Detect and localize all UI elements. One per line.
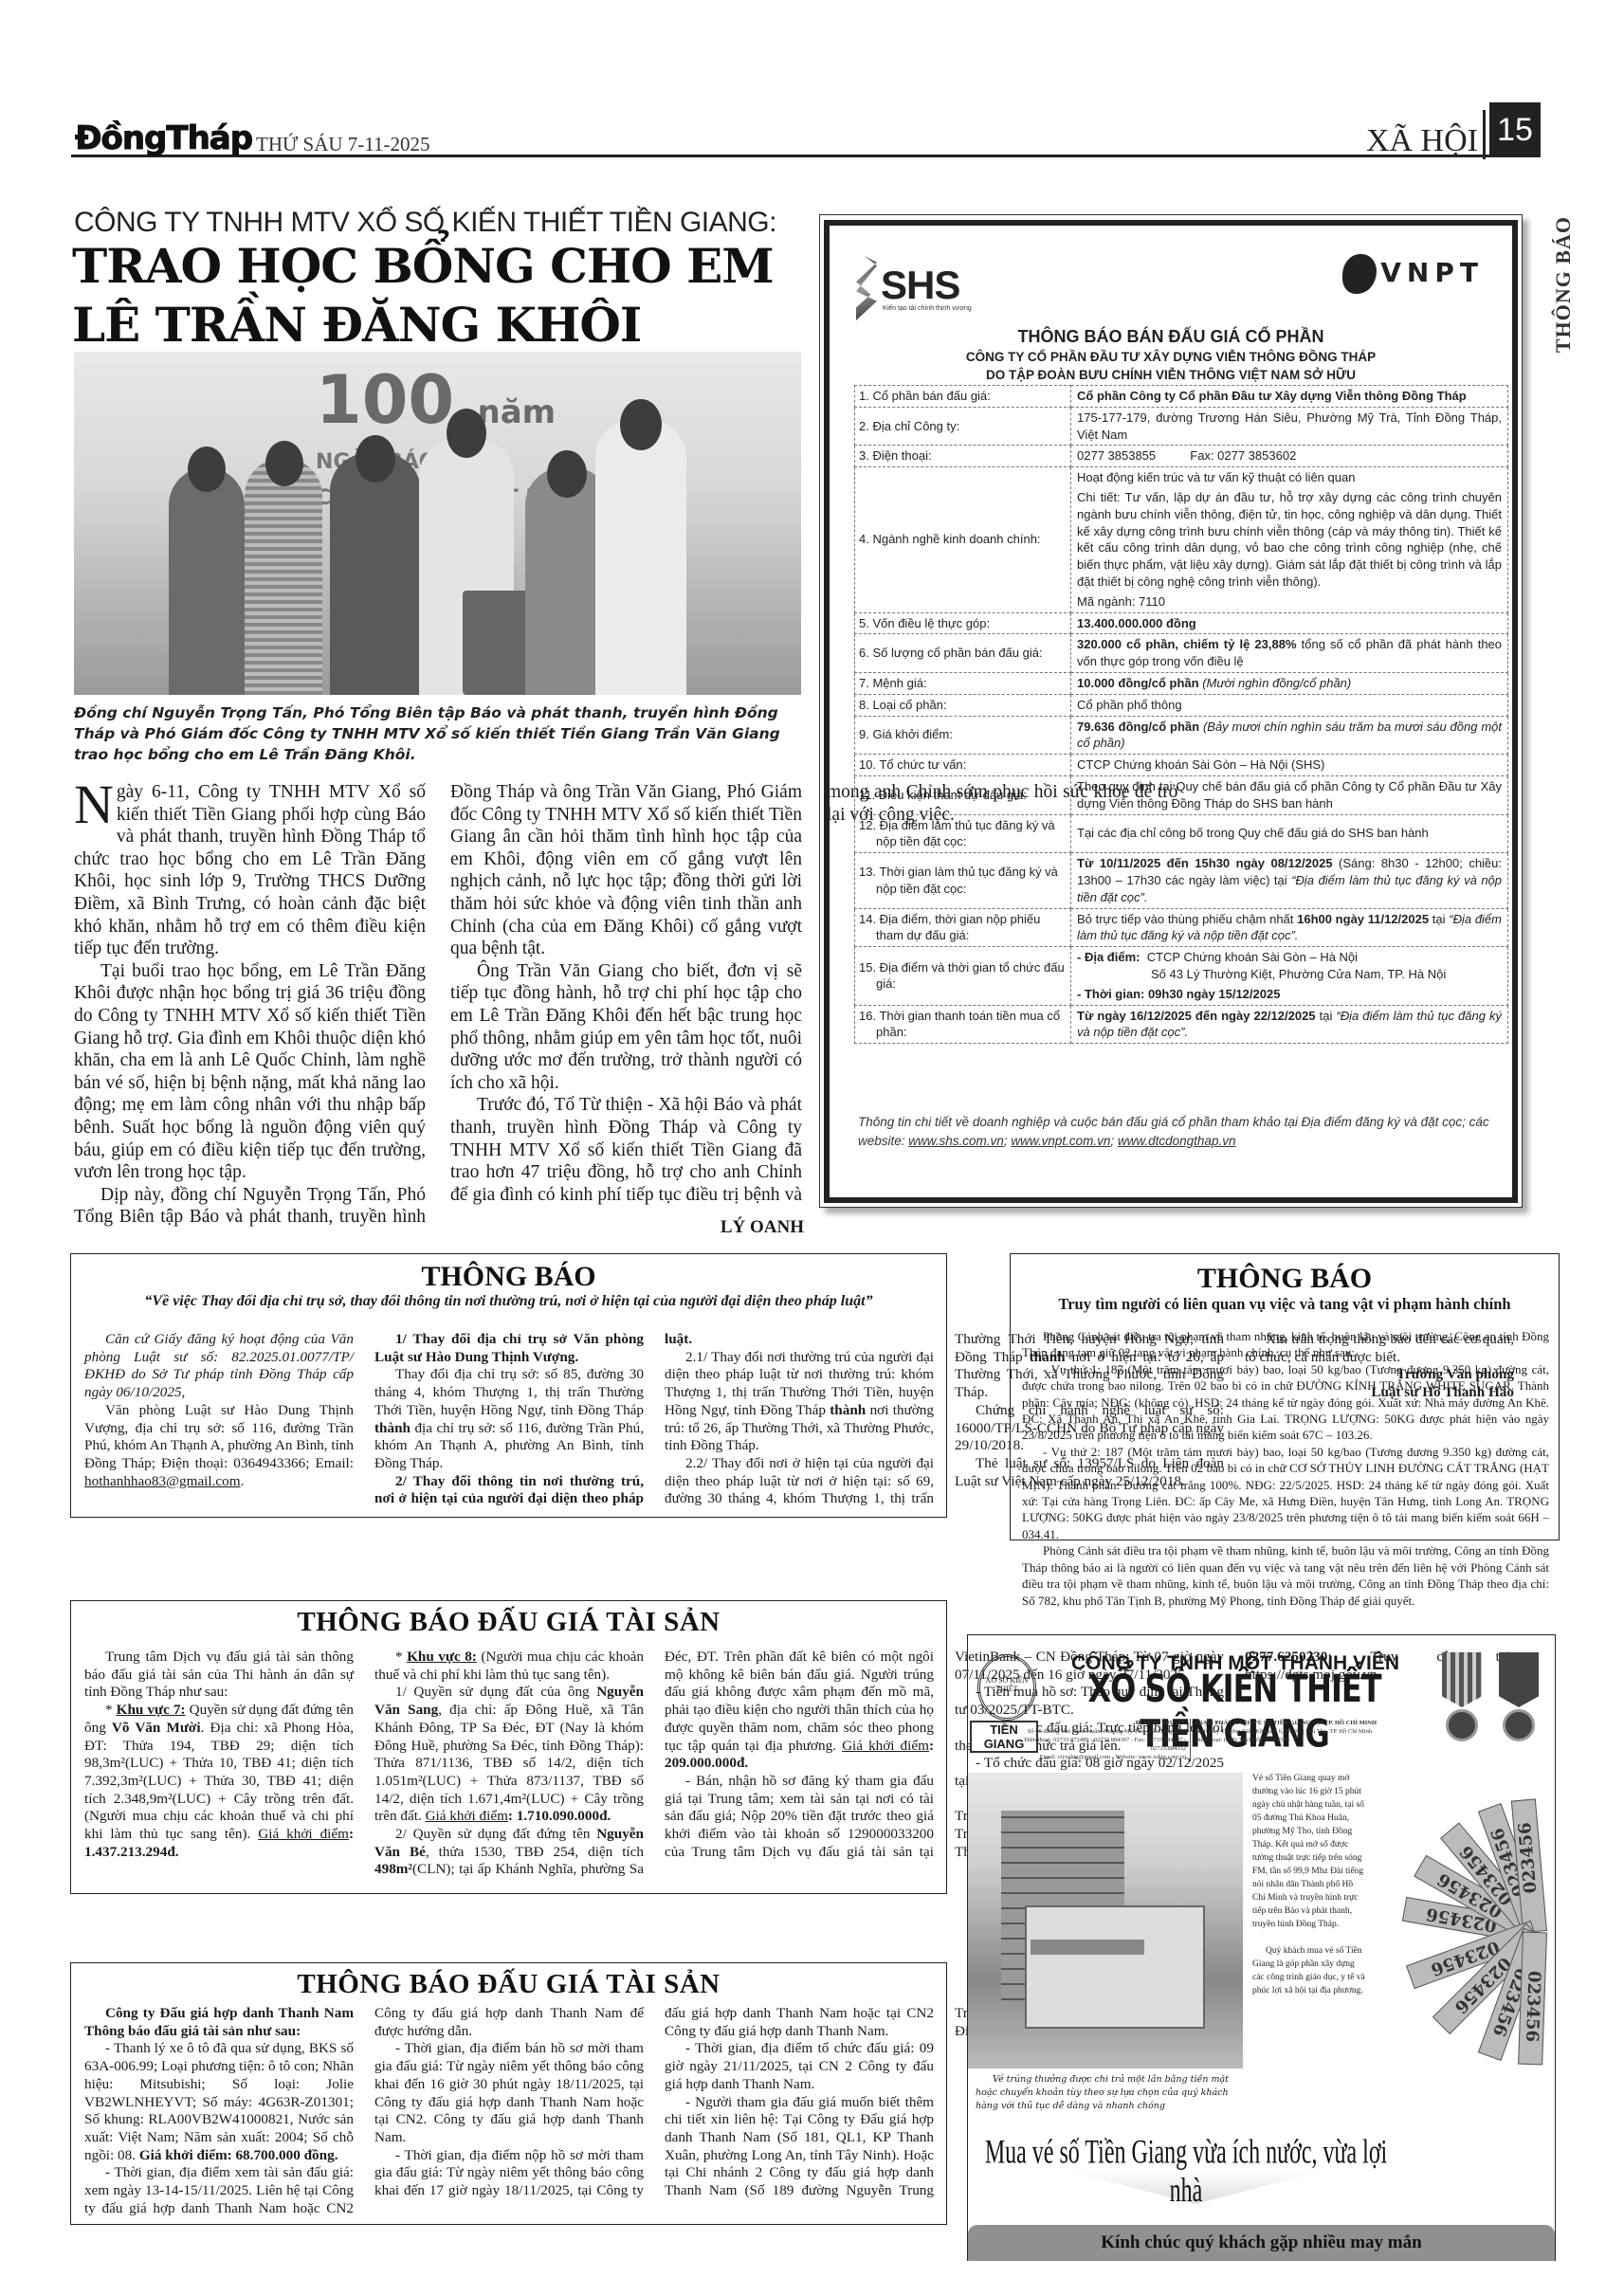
paragraph-text: . Địa chỉ: xã Phong Hòa, ĐT: Thửa 194, T… bbox=[84, 1720, 354, 1842]
paragraph-text: 1/ Quyền sử dụng đất của ông bbox=[395, 1684, 596, 1700]
table-row: 2. Địa chỉ Công ty:175-177-179, đường Tr… bbox=[855, 407, 1508, 446]
value-text: 13.400.000.000 đồng bbox=[1077, 616, 1196, 630]
notice-paragraph: * Khu vực 7: Quyền sử dụng đất đứng tên … bbox=[84, 1702, 354, 1861]
row-label: 12. Địa điểm làm thủ tục đăng ký và nộp … bbox=[855, 814, 1071, 853]
draw-text: Vé số Tiền Giang quay mở thưởng vào lúc … bbox=[1252, 1772, 1366, 1931]
person-head bbox=[356, 435, 395, 483]
shs-tagline: Kiến tạo tài chính thịnh vượng bbox=[883, 305, 972, 312]
place-line: - Địa điểm: CTCP Chứng khoán Sài Gòn – H… bbox=[1077, 949, 1502, 966]
article-headline: TRAO HỌC BỔNG CHO EM LÊ TRẦN ĐĂNG KHÔI bbox=[72, 237, 812, 355]
gift-bag bbox=[463, 591, 534, 695]
notice-paragraph: 1/ Quyền sử dụng đất của ông Nguyễn Văn … bbox=[374, 1684, 644, 1826]
row-value: Tại các địa chỉ công bố trong Quy chế đấ… bbox=[1071, 814, 1508, 853]
notice-paragraph: - Thanh lý xe ô tô đã qua sử dụng, BKS s… bbox=[84, 2040, 354, 2164]
price-label: Giá khởi điểm bbox=[842, 1738, 929, 1754]
lottery-ticket: 023456 bbox=[1518, 1932, 1547, 2066]
table-row: 1. Cổ phần bán đấu giá:Cổ phần Công ty C… bbox=[855, 386, 1508, 408]
lottery-tickets-fan: 023456 023456 023456 023456 023456 02345… bbox=[1364, 1768, 1554, 2033]
shs-logo-text: SHS bbox=[881, 263, 959, 307]
value-text: Bỏ trực tiếp vào thùng phiếu chậm nhất bbox=[1077, 912, 1297, 926]
branch-label: TRẠM PHÁT HÀNH VÉ SỐ TIỀN GIANG TẠI TP. … bbox=[1195, 1720, 1377, 1726]
lottery-seal-icon: XỔ SỐ KIẾN THIẾT bbox=[977, 1654, 1036, 1721]
table-row: 13. Thời gian làm thủ tục đăng ký và nộp… bbox=[855, 853, 1508, 908]
notice-paragraph: Phòng Cảnh sát điều tra tội phạm về tham… bbox=[1022, 1542, 1549, 1609]
table-row: 7. Mệnh giá:10.000 đồng/cổ phần (Mười ng… bbox=[855, 672, 1508, 694]
notice-title: THÔNG BÁO ĐẤU GIÁ TÀI SẢN bbox=[71, 1607, 946, 1637]
value-bold: 320.000 cổ phần, chiếm tỷ lệ 23,88% bbox=[1077, 637, 1297, 651]
article-kicker: CÔNG TY TNHH MTV XỔ SỐ KIẾN THIẾT TIỀN G… bbox=[74, 207, 813, 239]
row-label: 10. Tổ chức tư vấn: bbox=[855, 755, 1071, 776]
notice-title: THÔNG BÁO bbox=[1011, 1263, 1559, 1295]
headquarters-photo bbox=[968, 1773, 1243, 2068]
value-line: Chi tiết: Tư vấn, lập dự án đầu tư, hỗ t… bbox=[1077, 489, 1502, 591]
row-label: 16. Thời gian thanh toán tiền mua cổ phầ… bbox=[855, 1005, 1071, 1044]
article-paragraph: Ngày 6-11, Công ty TNHH MTV Xổ số kiến t… bbox=[74, 781, 426, 960]
price-label: Giá khởi điểm bbox=[426, 1808, 508, 1824]
notice-subtitle: “Về việc Thay đổi địa chỉ trụ sở, thay đ… bbox=[71, 1293, 946, 1310]
paragraph-text: Văn phòng Luật sư Hào Dung Thịnh Vượng, … bbox=[84, 1402, 354, 1471]
paragraph-text: gày 6-11, Công ty TNHH MTV Xổ số kiến th… bbox=[74, 782, 426, 958]
notice-subtitle: Truy tìm người có liên quan vụ việc và t… bbox=[1011, 1295, 1559, 1314]
table-row: 6. Số lượng cổ phần bán đấu giá:320.000 … bbox=[855, 634, 1508, 673]
article-paragraph: Ông Trần Văn Giang cho biết, đơn vị sẽ t… bbox=[450, 960, 802, 1095]
notice-paragraph: - Thời gian, địa điểm bán hồ sơ mời tham… bbox=[374, 2040, 644, 2146]
row-value: Từ 10/11/2025 đến 15h30 ngày 08/12/2025 … bbox=[1071, 853, 1508, 908]
contribute-text: Quý khách mua vé số Tiền Giang là góp ph… bbox=[1252, 1944, 1366, 1997]
issue-date: THỨ SÁU 7-11-2025 bbox=[256, 133, 430, 156]
row-label: 5. Vốn điều lệ thực góp: bbox=[855, 612, 1071, 634]
row-label: 3. Điện thoại: bbox=[855, 446, 1071, 467]
row-label: 1. Cổ phần bán đấu giá: bbox=[855, 386, 1071, 408]
asset-auction-notice-center: THÔNG BÁO ĐẤU GIÁ TÀI SẢN Trung tâm Dịch… bbox=[70, 1600, 947, 1894]
row-value: Theo quy định tại Quy chế bán đấu giá cổ… bbox=[1071, 775, 1508, 814]
notice-subtitle: CÔNG TY CỔ PHẦN ĐẦU TƯ XÂY DỰNG VIỄN THÔ… bbox=[830, 350, 1512, 364]
price-label: Giá khởi điểm bbox=[258, 1826, 349, 1842]
table-row: 15. Địa điểm và thời gian tổ chức đấu gi… bbox=[855, 947, 1508, 1005]
notice-paragraph: Thay đổi địa chỉ trụ sở: số 85, đường 30… bbox=[374, 1366, 644, 1472]
row-label: 11. Điều kiện tham dự đấu giá: bbox=[855, 775, 1071, 814]
row-value: 0277 3853855 Fax: 0277 3853602 bbox=[1071, 446, 1508, 467]
notice-title: THÔNG BÁO bbox=[71, 1261, 946, 1293]
headline-line: LÊ TRẦN ĐĂNG KHÔI bbox=[72, 296, 812, 355]
notice-subtitle: DO TẬP ĐOÀN BƯU CHÍNH VIỄN THÔNG VIỆT NA… bbox=[830, 368, 1512, 382]
row-value: Cổ phần phổ thông bbox=[1071, 694, 1508, 716]
newspaper-logo: ĐồngTháp bbox=[75, 119, 252, 157]
police-notice: THÔNG BÁO Truy tìm người có liên quan vụ… bbox=[1010, 1253, 1560, 1540]
notice-body: Phòng Cảnh sát điều tra tội phạm về tham… bbox=[1022, 1328, 1549, 1609]
notice-paragraph: - Vụ thứ 2: 187 (Một trăm tám mươi bảy) … bbox=[1022, 1444, 1549, 1542]
table-row: 11. Điều kiện tham dự đấu giá:Theo quy đ… bbox=[855, 775, 1508, 814]
banner-number: 100 bbox=[316, 361, 454, 439]
notice-paragraph: Văn phòng Luật sư Hào Dung Thịnh Vượng, … bbox=[84, 1402, 354, 1491]
notice-title: THÔNG BÁO BÁN ĐẤU GIÁ CỔ PHẦN bbox=[830, 327, 1512, 347]
row-label: 13. Thời gian làm thủ tục đăng ký và nộp… bbox=[855, 853, 1071, 908]
person-figure bbox=[245, 458, 322, 695]
vnpt-logo-icon bbox=[1342, 254, 1377, 294]
row-label: 2. Địa chỉ Công ty: bbox=[855, 407, 1071, 446]
notice-paragraph: Trung tâm Dịch vụ đấu giá tài sản thông … bbox=[84, 1649, 354, 1702]
medal-icon bbox=[1499, 1652, 1539, 1747]
lottery-advertisement: XỔ SỐ KIẾN THIẾT TIỀN GIANG CÔNG TY TNHH… bbox=[967, 1634, 1556, 2261]
row-value: - Địa điểm: CTCP Chứng khoán Sài Gòn – H… bbox=[1071, 947, 1508, 1005]
notice-paragraph: * Khu vực 8: (Người mua chịu các khoản t… bbox=[374, 1649, 644, 1684]
medal-icon bbox=[1442, 1652, 1482, 1747]
hq-phone: Điện thoại: 02733 872489 - 02733 884307 … bbox=[1006, 1736, 1186, 1753]
company-addresses: ĐỊA CHỈ TRỤ SỞ: Số 05 đường Thủ Khoa Huâ… bbox=[1006, 1719, 1423, 1761]
hq-address-block: ĐỊA CHỈ TRỤ SỞ: Số 05 đường Thủ Khoa Huâ… bbox=[1006, 1719, 1191, 1761]
side-label: THÔNG BÁO bbox=[1551, 216, 1576, 353]
branch-address: 319C1 Lý Thường Kiệt, Khu phố 6, Phường … bbox=[1195, 1727, 1409, 1736]
land-area: 498m² bbox=[374, 1861, 412, 1877]
place-address: Số 43 Lý Thường Kiệt, Phường Cửa Nam, TP… bbox=[1077, 966, 1502, 983]
row-label: 7. Mệnh giá: bbox=[855, 672, 1071, 694]
table-row: 3. Điện thoại:0277 3853855 Fax: 0277 385… bbox=[855, 446, 1508, 467]
notice-paragraph: - Vụ thứ 1: 187 (Một trăm tám mươi bảy) … bbox=[1022, 1361, 1549, 1444]
slogan: Mua vé số Tiền Giang vừa ích nước, vừa l… bbox=[977, 2135, 1395, 2212]
value-italic: (Mười nghìn đồng/cổ phần) bbox=[1199, 676, 1352, 690]
paragraph-text: , địa chỉ: ấp Đông Huề, xã Tân Khánh Đôn… bbox=[374, 1702, 644, 1824]
auction-details-table: 1. Cổ phần bán đấu giá:Cổ phần Công ty C… bbox=[854, 385, 1508, 1044]
row-label: 15. Địa điểm và thời gian tổ chức đấu gi… bbox=[855, 947, 1071, 1005]
photo-caption: Vé trúng thưởng được chi trả một lần bằn… bbox=[976, 2073, 1250, 2113]
person-head bbox=[188, 446, 226, 492]
value-bold: Từ 10/11/2025 đến 15h30 ngày 08/12/2025 bbox=[1077, 856, 1333, 870]
value-bold: 16h00 ngày 11/12/2025 bbox=[1297, 912, 1429, 926]
paragraph-text: địa chỉ trụ sở: số 116, đường Trần Phú, … bbox=[374, 1420, 644, 1471]
notice-body: Căn cứ Giấy đăng ký hoạt động của Văn ph… bbox=[84, 1331, 934, 1511]
table-row: 9. Giá khởi điểm:79.636 đồng/cổ phần (Bả… bbox=[855, 716, 1508, 755]
bold-word: thành bbox=[830, 1402, 866, 1418]
row-label: 6. Số lượng cổ phần bán đấu giá: bbox=[855, 634, 1071, 673]
notice-heading: 1/ Thay đổi địa chỉ trụ sở Văn phòng Luậ… bbox=[374, 1331, 644, 1365]
value-bold: 10.000 đồng/cổ phần bbox=[1077, 676, 1199, 690]
row-value: Bỏ trực tiếp vào thùng phiếu chậm nhất 1… bbox=[1071, 908, 1508, 947]
branch-phone: Điện thoại: (028) 38638653 38662579 bbox=[1195, 1736, 1409, 1744]
value-text: Cổ phần Công ty Cổ phần Đầu tư Xây dựng … bbox=[1077, 389, 1467, 403]
hq-label: ĐỊA CHỈ TRỤ SỞ: bbox=[1136, 1720, 1186, 1726]
notice-intro: Công ty Đấu giá hợp danh Thanh Nam Thông… bbox=[84, 2005, 354, 2039]
drop-cap: N bbox=[74, 783, 114, 827]
asset-auction-notice-thanhnam: THÔNG BÁO ĐẤU GIÁ TÀI SẢN Công ty Đấu gi… bbox=[70, 1962, 947, 2225]
notice-paragraph: Phòng Cảnh sát điều tra tội phạm về tham… bbox=[1022, 1328, 1549, 1361]
wish-banner: Kính chúc quý khách gặp nhiều may mắn bbox=[968, 2225, 1555, 2261]
website-link[interactable]: www.dtcdongthap.vn bbox=[1118, 1134, 1236, 1148]
notice-footer: Thông tin chi tiết về doanh nghiệp và cu… bbox=[858, 1113, 1503, 1151]
row-label: 4. Ngành nghề kinh doanh chính: bbox=[855, 467, 1071, 612]
starting-price: Giá khởi điểm: 68.700.000 đồng. bbox=[139, 2147, 338, 2163]
law-office-notice: THÔNG BÁO “Về việc Thay đổi địa chỉ trụ … bbox=[70, 1253, 947, 1518]
vnpt-logo: VNPT bbox=[1342, 254, 1484, 294]
notice-body: Công ty Đấu giá hợp danh Thanh Nam Thông… bbox=[84, 2005, 934, 2221]
person-head bbox=[620, 399, 662, 450]
paragraph-text: Thay đổi địa chỉ trụ sở: số 85, đường 30… bbox=[374, 1366, 644, 1417]
notice-paragraph: - Thời gian, địa điểm tổ chức đấu giá: 0… bbox=[665, 2040, 934, 2093]
article-paragraph: Tại buổi trao học bổng, em Lê Trần Đăng … bbox=[74, 960, 426, 1184]
row-label: 9. Giá khởi điểm: bbox=[855, 716, 1071, 755]
row-label: 14. Địa điểm, thời gian nộp phiếu tham d… bbox=[855, 908, 1071, 947]
value-text: tại bbox=[1429, 912, 1449, 926]
value-line: Mã ngành: 7110 bbox=[1077, 593, 1502, 610]
notice-paragraph: Căn cứ Giấy đăng ký hoạt động của Văn ph… bbox=[84, 1331, 354, 1400]
row-value: CTCP Chứng khoán Sài Gòn – Hà Nội (SHS) bbox=[1071, 755, 1508, 776]
value-line: Hoạt động kiến trúc và tư vấn kỹ thuật c… bbox=[1077, 469, 1502, 486]
photo-banner-number: 100 năm bbox=[316, 361, 556, 439]
branch-address-block: TRẠM PHÁT HÀNH VÉ SỐ TIỀN GIANG TẠI TP. … bbox=[1191, 1719, 1409, 1744]
person-head bbox=[447, 409, 486, 458]
notice-border: SHS Kiến tạo tài chính thịnh vượng VNPT … bbox=[824, 220, 1518, 1203]
section-name: XÃ HỘI bbox=[1366, 123, 1478, 159]
row-value: Cổ phần Công ty Cổ phần Đầu tư Xây dựng … bbox=[1071, 386, 1508, 408]
bold-word: thành bbox=[374, 1420, 411, 1436]
table-row: 12. Địa điểm làm thủ tục đăng ký và nộp … bbox=[855, 814, 1508, 853]
vnpt-logo-text: VNPT bbox=[1380, 257, 1484, 288]
area-label: Khu vực 7: bbox=[117, 1702, 186, 1718]
page-number: 15 bbox=[1489, 102, 1541, 157]
person-figure bbox=[595, 420, 686, 695]
hq-web: Email: ctyxsktg@gmail.com - Website: www… bbox=[1006, 1753, 1186, 1761]
person-figure bbox=[330, 453, 421, 695]
row-value: 320.000 cổ phần, chiếm tỷ lệ 23,88% tổng… bbox=[1071, 634, 1508, 673]
table-row: 16. Thời gian thanh toán tiền mua cổ phầ… bbox=[855, 1005, 1508, 1044]
place-value: CTCP Chứng khoán Sài Gòn – Hà Nội bbox=[1147, 950, 1358, 964]
notice-paragraph: 2.1/ Thay đổi nơi thường trú của người đ… bbox=[665, 1349, 934, 1455]
notice-body: Trung tâm Dịch vụ đấu giá tài sản thông … bbox=[84, 1649, 934, 1886]
row-value: Từ ngày 16/12/2025 đến ngày 22/12/2025 t… bbox=[1071, 1005, 1508, 1044]
table-row: 8. Loại cổ phần:Cổ phần phổ thông bbox=[855, 694, 1508, 716]
paragraph-text: , thửa 1530, TBĐ 254, diện tích bbox=[426, 1844, 644, 1860]
value-bold: 79.636 đồng/cổ phần bbox=[1077, 720, 1199, 734]
starting-price: : 1.710.090.000đ. bbox=[508, 1808, 611, 1824]
notice-title: THÔNG BÁO ĐẤU GIÁ TÀI SẢN bbox=[71, 1969, 946, 1999]
masthead: ĐồngTháp THỨ SÁU 7-11-2025 XÃ HỘI 15 bbox=[71, 119, 1541, 157]
table-row: 10. Tổ chức tư vấn:CTCP Chứng khoán Sài … bbox=[855, 755, 1508, 776]
paragraph-text: 2/ Quyền sử dụng đất đứng tên bbox=[395, 1826, 596, 1842]
row-value: 175-177-179, đường Trương Hán Siêu, Phườ… bbox=[1071, 407, 1508, 446]
value-text: tại bbox=[1316, 1009, 1337, 1023]
value-bold: Từ ngày 16/12/2025 đến ngày 22/12/2025 bbox=[1077, 1009, 1316, 1023]
row-value: 79.636 đồng/cổ phần (Bảy mươi chín nghìn… bbox=[1071, 716, 1508, 755]
building-lower bbox=[1025, 1905, 1205, 2029]
website-link[interactable]: www.vnpt.com.vn bbox=[1011, 1134, 1110, 1148]
hq-address: Số 05 đường Thủ Khoa Huân, Phường Mỹ Tho… bbox=[1006, 1727, 1186, 1736]
auction-time: - Thời gian: 09h30 ngày 15/12/2025 bbox=[1077, 987, 1280, 1001]
paragraph-text: - Thanh lý xe ô tô đã qua sử dụng, BKS s… bbox=[84, 2040, 354, 2162]
photo-caption: Đồng chí Nguyễn Trọng Tấn, Phó Tổng Biên… bbox=[74, 702, 804, 765]
article-byline: LÝ OANH bbox=[664, 1217, 804, 1238]
article-photo: 100 năm NGÀY BÁO CHÍ CÁCH MẠNG VIỆT NAM bbox=[74, 352, 801, 695]
banner-unit: năm bbox=[478, 393, 557, 431]
article-body: Ngày 6-11, Công ty TNHH MTV Xổ số kiến t… bbox=[74, 781, 802, 1246]
row-value: 13.400.000.000 đồng bbox=[1071, 612, 1508, 634]
table-row: 5. Vốn điều lệ thực góp:13.400.000.000 đ… bbox=[855, 612, 1508, 634]
row-value: Hoạt động kiến trúc và tư vấn kỹ thuật c… bbox=[1071, 467, 1508, 612]
share-auction-notice: SHS Kiến tạo tài chính thịnh vượng VNPT … bbox=[819, 214, 1523, 1208]
person-head bbox=[547, 450, 587, 498]
table-row: 4. Ngành nghề kinh doanh chính: Hoạt độn… bbox=[855, 467, 1508, 612]
row-label: 8. Loại cổ phần: bbox=[855, 694, 1071, 716]
email-link[interactable]: hothanhhao83@gmail.com bbox=[84, 1473, 241, 1489]
owner-name: Võ Văn Mười bbox=[112, 1720, 201, 1736]
area-label: Khu vực 8: bbox=[407, 1649, 477, 1665]
section-divider bbox=[1483, 110, 1486, 159]
table-row: 14. Địa điểm, thời gian nộp phiếu tham d… bbox=[855, 908, 1508, 947]
row-value: 10.000 đồng/cổ phần (Mười nghìn đồng/cổ … bbox=[1071, 672, 1508, 694]
person-figure bbox=[169, 467, 245, 695]
draw-info: Vé số Tiền Giang quay mở thưởng vào lúc … bbox=[1252, 1772, 1366, 1997]
shs-logo-icon bbox=[856, 256, 877, 320]
building-sign bbox=[1031, 1940, 1144, 1955]
person-head bbox=[265, 441, 303, 486]
place-label: - Địa điểm: bbox=[1077, 950, 1140, 964]
website-link[interactable]: www.shs.com.vn bbox=[908, 1134, 1004, 1148]
headline-line: TRAO HỌC BỔNG CHO EM bbox=[72, 237, 812, 296]
